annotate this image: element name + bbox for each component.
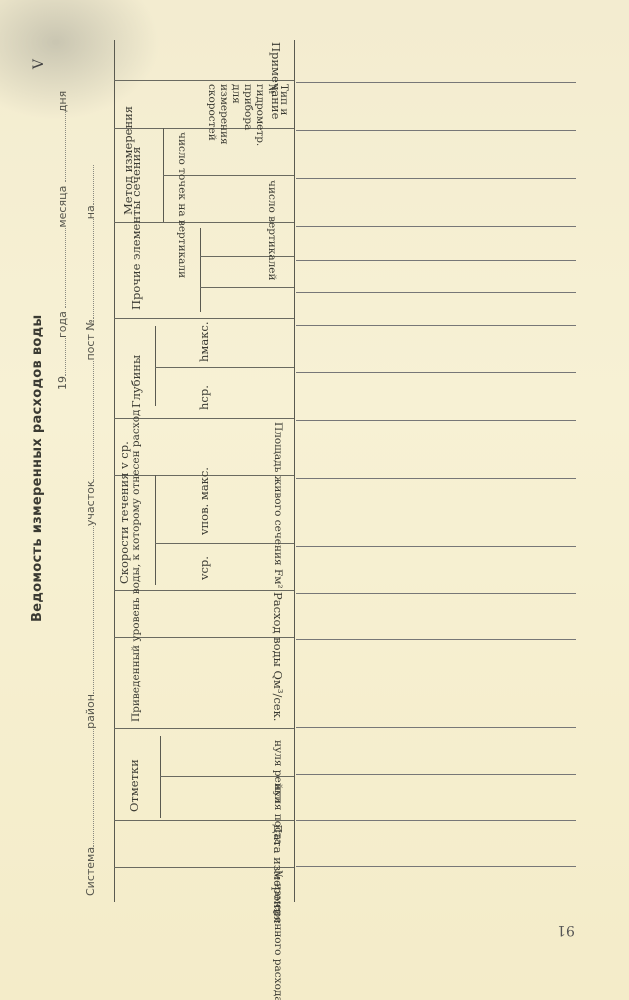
table-row[interactable] [296, 546, 576, 547]
table-row[interactable] [296, 727, 576, 728]
header-note: Примечание [269, 42, 282, 78]
date-line: 19года месяца дня [56, 91, 69, 390]
on-field[interactable] [84, 165, 94, 205]
form-title: Ведомость измеренных расходов воды [30, 315, 45, 622]
day-label: дня [56, 91, 69, 112]
header-points-per-vertical: число точек на вертикали [176, 132, 188, 278]
month-label: месяца [56, 186, 69, 228]
table-row[interactable] [296, 866, 576, 867]
subgroup-divider [155, 475, 156, 585]
table-row[interactable] [296, 260, 576, 261]
header-area: Площадь живого сечения Fм² [272, 422, 284, 589]
col-sep [114, 820, 294, 821]
subcol-sep [200, 256, 294, 257]
scan-shadow [0, 0, 160, 120]
table-row[interactable] [296, 774, 576, 775]
header-discharge: Расход воды Qм³/сек. [271, 592, 284, 721]
table-row[interactable] [296, 478, 576, 479]
year-prefix: 19 [56, 376, 69, 390]
header-h-avg: hср. [198, 385, 211, 410]
year-label: года [56, 311, 69, 338]
location-line: Системарайонучастокпост №на [84, 165, 97, 896]
header-instrument: Тип и № гидрометр. прибора для измерения… [206, 84, 290, 126]
header-marks: Отметки [128, 759, 141, 812]
subgroup-divider [155, 326, 156, 406]
table-row[interactable] [296, 292, 576, 293]
section-field[interactable] [84, 361, 94, 481]
header-number: № измеренного расхода [272, 870, 284, 1000]
table-row[interactable] [296, 226, 576, 227]
table-row[interactable] [296, 372, 576, 373]
table-left-border [114, 40, 115, 902]
table-row[interactable] [296, 82, 576, 83]
table-row[interactable] [296, 130, 576, 131]
day-field[interactable] [56, 112, 66, 182]
post-label: пост № [84, 319, 97, 360]
month-field[interactable] [56, 228, 66, 308]
header-body-divider [294, 40, 295, 902]
table-row[interactable] [296, 639, 576, 640]
col-sep [114, 318, 294, 319]
district-field[interactable] [84, 526, 94, 694]
col-sep [114, 128, 294, 129]
table-row[interactable] [296, 820, 576, 821]
header-depths: Глубины [130, 355, 143, 408]
year-field[interactable] [56, 338, 66, 376]
subcol-sep [155, 367, 294, 368]
header-v-avg: vср. [198, 556, 211, 580]
header-reduced-level: Приведенный уровень воды, к которому отн… [130, 632, 142, 722]
header-h-max: hмакс. [198, 322, 211, 363]
system-label: Система [84, 847, 97, 896]
table-row[interactable] [296, 325, 576, 326]
district-label: район [84, 694, 97, 729]
table-row[interactable] [296, 420, 576, 421]
header-v-surface-max: vпов. макс. [198, 467, 211, 535]
header-verticals-count: число вертикалей [266, 180, 278, 281]
scanned-page: V Ведомость измеренных расходов воды 19г… [0, 0, 629, 1000]
table-row[interactable] [296, 593, 576, 594]
header-other-elements: Прочие элементы сечения [130, 147, 143, 310]
page-number: 91 [557, 922, 575, 938]
section-label: участок [84, 481, 97, 527]
subgroup-divider [160, 736, 161, 818]
subcol-sep [200, 287, 294, 288]
subgroup-divider [200, 228, 201, 312]
corner-mark: V [31, 59, 47, 69]
table-row[interactable] [296, 178, 576, 179]
col-sep [114, 728, 294, 729]
post-field[interactable] [84, 219, 94, 319]
col-sep [114, 867, 294, 868]
system-field[interactable] [84, 729, 94, 847]
col-sep [114, 80, 294, 81]
on-label: на [84, 205, 97, 219]
